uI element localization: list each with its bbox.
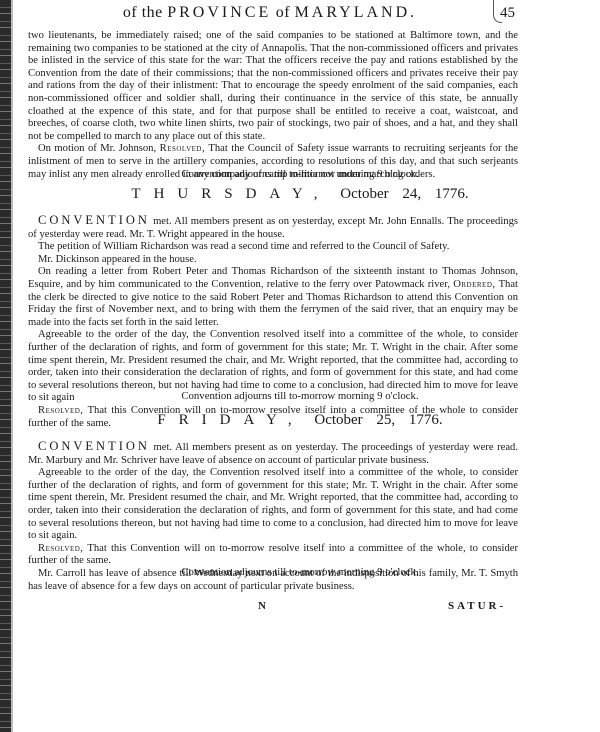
running-head-of: of bbox=[276, 4, 290, 21]
thursday-p4-text: On reading a letter from Robert Peter an… bbox=[28, 266, 518, 290]
day-date: October 25, 1776. bbox=[314, 412, 442, 428]
thursday-paragraph-2: The petition of William Richardson was r… bbox=[28, 241, 518, 254]
scan-border bbox=[0, 0, 11, 732]
resolved-label: Resolved, bbox=[38, 543, 83, 554]
thursday-paragraph-4: On reading a letter from Robert Peter an… bbox=[28, 266, 518, 329]
ordered-label: Ordered, bbox=[453, 279, 495, 290]
running-head: of the PROVINCE of MARYLAND. bbox=[100, 4, 440, 22]
continuation-section: two lieutenants, be immediately raised; … bbox=[28, 30, 518, 181]
day-name: THURSDAY, bbox=[131, 186, 330, 202]
adjourn-line-3: Convention adjourns till to-morrow morni… bbox=[0, 566, 600, 578]
resolved-label: Resolved, bbox=[160, 143, 205, 154]
page-number: 45 bbox=[500, 5, 515, 22]
signature-mark: N bbox=[258, 600, 269, 612]
day-heading-thursday: THURSDAY, October 24, 1776. bbox=[0, 186, 600, 203]
johnson-lead: On motion of Mr. Johnson, bbox=[38, 143, 156, 154]
running-head-maryland: MARYLAND. bbox=[295, 4, 418, 21]
catchword: SATUR- bbox=[448, 600, 506, 612]
day-name: FRIDAY, bbox=[157, 412, 304, 428]
thursday-paragraph-3: Mr. Dickinson appeared in the house. bbox=[28, 254, 518, 267]
day-heading-friday: FRIDAY, October 25, 1776. bbox=[0, 412, 600, 429]
convention-word: CONVENTION bbox=[38, 439, 150, 453]
friday-paragraph-2: Agreeable to the order of the day, the C… bbox=[28, 467, 518, 543]
day-date: October 24, 1776. bbox=[340, 186, 468, 202]
friday-paragraph-1: CONVENTION met. All members present as o… bbox=[28, 440, 518, 467]
thursday-paragraph-1: CONVENTION met. All members present as o… bbox=[28, 214, 518, 241]
running-head-prefix: of the bbox=[123, 4, 163, 21]
continuation-paragraph: two lieutenants, be immediately raised; … bbox=[28, 30, 518, 143]
running-head-province: PROVINCE bbox=[167, 4, 271, 21]
friday-paragraph-3: Resolved, That this Convention will on t… bbox=[28, 543, 518, 568]
friday-p3-text: That this Convention will on to-morrow r… bbox=[28, 543, 518, 567]
adjourn-line-1: Convention adjourns till to-morrow morni… bbox=[0, 168, 600, 180]
adjourn-line-2: Convention adjourns till to-morrow morni… bbox=[0, 390, 600, 402]
convention-word: CONVENTION bbox=[38, 213, 150, 227]
